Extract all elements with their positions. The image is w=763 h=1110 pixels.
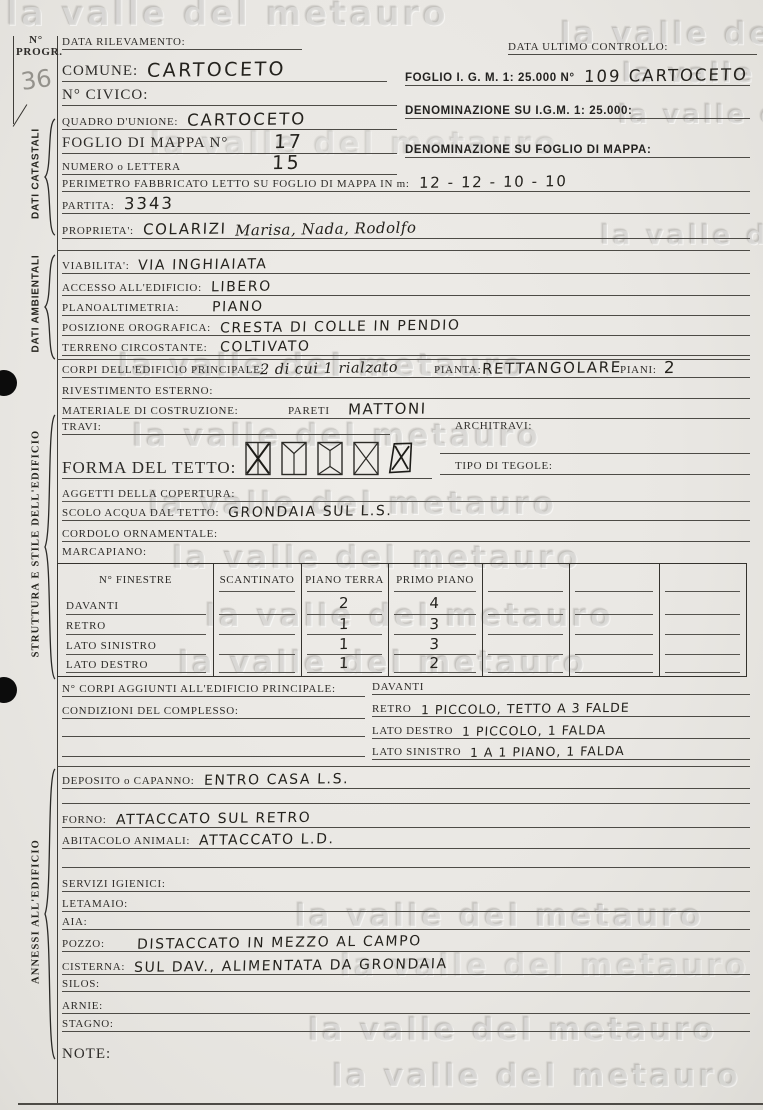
table-grid-line <box>66 654 206 655</box>
table-cell: 2 <box>301 595 389 611</box>
table-grid-line <box>488 614 563 615</box>
field-denominazione-igm: DENOMINAZIONE SU I.G.M. 1: 25.000: <box>405 94 750 119</box>
roof-shape-glyphs <box>245 440 413 477</box>
field-value-surname: COLARIZI <box>142 221 226 237</box>
tipo-tegole-underline <box>440 474 750 475</box>
field-label: N° CIVICO: <box>62 87 148 104</box>
field-label-marcapiano: MARCAPIANO: <box>62 546 147 558</box>
field-label: LATO SINISTRO <box>372 746 461 758</box>
table-header-finestre: N° FINESTRE <box>58 574 213 586</box>
table-grid-line <box>575 591 653 592</box>
field-label: PARTITA: <box>62 200 115 212</box>
field-n-civico: N° CIVICO: <box>62 79 397 106</box>
sidebar-section-dati-ambientali: DATI AMBIENTALI <box>31 154 42 454</box>
table-grid-line <box>394 634 476 635</box>
table-grid-line <box>307 591 382 592</box>
condizioni-blank-line <box>62 756 365 757</box>
field-proprieta: PROPRIETA': COLARIZI Marisa, Nada, Rodol… <box>62 213 750 239</box>
field-label: DENOMINAZIONE SU I.G.M. 1: 25.000: <box>405 105 632 117</box>
field-label: COMUNE: <box>62 63 138 80</box>
hole-punch <box>0 370 17 396</box>
table-header-scantinato: SCANTINATO <box>213 574 301 586</box>
table-grid-line <box>388 564 389 676</box>
field-pozzo: POZZO: DISTACCATO IN MEZZO AL CAMPO <box>62 927 750 952</box>
field-label: DATA ULTIMO CONTROLLO: <box>508 41 668 53</box>
table-grid-line <box>219 614 295 615</box>
roof-glyph-sketched-cross-icon <box>387 439 414 478</box>
progr-label-line1: N° <box>16 34 56 46</box>
field-label-architravi: ARCHITRAVI: <box>455 420 532 432</box>
table-cell <box>213 616 301 617</box>
sidebar-section-annessi: ANNESSI ALL'EDIFICIO <box>31 762 42 1062</box>
hole-punch <box>0 677 17 703</box>
table-grid-line <box>575 614 653 615</box>
table-grid-line <box>665 634 740 635</box>
field-corpi-aggiunti-lato-sinistro: LATO SINISTRO 1 A 1 PIANO, 1 FALDA <box>372 735 750 760</box>
table-grid-line <box>488 634 563 635</box>
table-cell: 1 <box>301 616 389 632</box>
field-label: CONDIZIONI DEL COMPLESSO: <box>62 705 239 717</box>
table-grid-line <box>482 564 483 676</box>
field-label: POZZO: <box>62 938 105 950</box>
progr-box-left-border <box>13 36 14 124</box>
table-grid-line <box>659 564 660 676</box>
roof-glyph-hip-ridge-y-icon <box>281 440 307 477</box>
table-grid-line <box>219 591 295 592</box>
field-data-rilevamento: DATA RILEVAMENTO: <box>62 25 302 50</box>
table-grid-line <box>488 591 563 592</box>
table-grid-line <box>66 614 206 615</box>
field-value: 109 CARTOCETO <box>583 66 748 85</box>
table-row-label: LATO SINISTRO <box>66 640 157 652</box>
table-grid-line <box>219 634 295 635</box>
field-condizioni: CONDIZIONI DEL COMPLESSO: <box>62 694 365 719</box>
section-brace <box>42 118 58 236</box>
field-label: CORDOLO ORNAMENTALE: <box>62 528 218 540</box>
field-label-note: NOTE: <box>62 1046 111 1063</box>
table-cell <box>213 636 301 637</box>
roof-glyph-ridge-double-hip-icon <box>317 440 343 477</box>
field-label-tipo-tegole: TIPO DI TEGOLE: <box>455 460 553 472</box>
field-label: ABITACOLO ANIMALI: <box>62 835 190 847</box>
table-grid-line <box>394 654 476 655</box>
table-grid-line <box>665 591 740 592</box>
table-grid-line <box>307 634 382 635</box>
progr-box-diagonal <box>13 104 28 127</box>
table-grid-line <box>569 564 570 676</box>
table-cell: 1 <box>301 636 389 652</box>
table-cell <box>213 655 301 656</box>
field-value: ATTACCATO L.D. <box>199 832 335 848</box>
sidebar-section-struttura-stile: STRUTTURA E STILE DELL'EDIFICIO <box>31 394 42 694</box>
field-cordolo: CORDOLO ORNAMENTALE: <box>62 517 750 542</box>
section-brace <box>42 414 58 680</box>
table-grid-line <box>213 564 214 676</box>
table-cell: 3 <box>388 616 483 632</box>
table-grid-line <box>301 564 302 676</box>
field-label: DEPOSITO o CAPANNO: <box>62 775 195 787</box>
roof-glyph-gable-plan-crossed-icon <box>245 440 271 477</box>
table-header-piano-terra: PIANO TERRA <box>301 574 388 586</box>
field-data-ultimo-controllo: DATA ULTIMO CONTROLLO: <box>508 30 757 55</box>
field-partita: PARTITA: 3343 <box>62 188 750 214</box>
field-label: DATA RILEVAMENTO: <box>62 36 185 48</box>
table-grid-line <box>575 654 653 655</box>
form-bottom-border <box>18 1103 763 1105</box>
progr-number-handwritten: 36 <box>19 64 53 96</box>
architravi-underline <box>440 453 750 454</box>
table-grid-line <box>575 634 653 635</box>
table-grid-line <box>488 654 563 655</box>
field-label: DENOMINAZIONE SU FOGLIO DI MAPPA: <box>405 144 651 156</box>
field-travi: TRAVI: <box>62 410 390 435</box>
section-brace <box>42 768 58 1060</box>
roof-glyph-pavilion-diagonals-icon <box>353 440 379 477</box>
field-foglio-igm: FOGLIO I. G. M. 1: 25.000 N° 109 CARTOCE… <box>405 58 750 86</box>
field-label: STAGNO: <box>62 1018 114 1030</box>
table-row-label: DAVANTI <box>66 600 119 612</box>
table-row-label: RETRO <box>66 620 106 632</box>
table-cell: 4 <box>388 595 483 611</box>
field-stagno: STAGNO: <box>62 1007 750 1032</box>
field-label-forma-tetto: FORMA DEL TETTO: <box>62 458 236 478</box>
watermark-text: la valle del metauro <box>332 1058 741 1094</box>
progr-label-line2: PROGR. <box>16 46 56 58</box>
section-brace <box>42 254 58 360</box>
table-cell <box>213 596 301 597</box>
field-comune: COMUNE: CARTOCETO <box>62 52 387 82</box>
table-grid-line <box>307 654 382 655</box>
cadastral-survey-form: la valle del metauro la valle del metaur… <box>0 0 763 1110</box>
table-grid-line <box>394 591 476 592</box>
progr-box: N° PROGR. 36 <box>16 34 56 94</box>
table-grid-line <box>665 654 740 655</box>
table-grid-line <box>307 614 382 615</box>
finestre-table: N° FINESTRE SCANTINATO PIANO TERRA PRIMO… <box>57 563 747 677</box>
field-value: CARTOCETO <box>147 60 287 81</box>
field-label: TRAVI: <box>62 421 101 433</box>
table-header-primo-piano: PRIMO PIANO <box>388 574 482 586</box>
field-value: 3343 <box>123 195 174 212</box>
table-grid-line <box>665 614 740 615</box>
field-value: ENTRO CASA L.S. <box>203 772 349 788</box>
table-grid-line <box>394 614 476 615</box>
condizioni-blank-line <box>62 736 365 737</box>
table-grid-line <box>66 634 206 635</box>
field-value-names: Marisa, Nada, Rodolfo <box>235 220 417 238</box>
field-deposito: DEPOSITO o CAPANNO: ENTRO CASA L.S. <box>62 764 750 789</box>
field-denominazione-mappa: DENOMINAZIONE SU FOGLIO DI MAPPA: <box>405 133 750 158</box>
field-label: FOGLIO I. G. M. 1: 25.000 N° <box>405 72 575 84</box>
table-cell: 3 <box>388 636 483 652</box>
field-abitacolo-animali: ABITACOLO ANIMALI: ATTACCATO L.D. <box>62 824 750 849</box>
field-value: 1 A 1 PIANO, 1 FALDA <box>470 745 625 759</box>
field-label: PROPRIETA': <box>62 225 134 237</box>
table-row-label: LATO DESTRO <box>66 659 148 671</box>
table-grid-line <box>219 654 295 655</box>
